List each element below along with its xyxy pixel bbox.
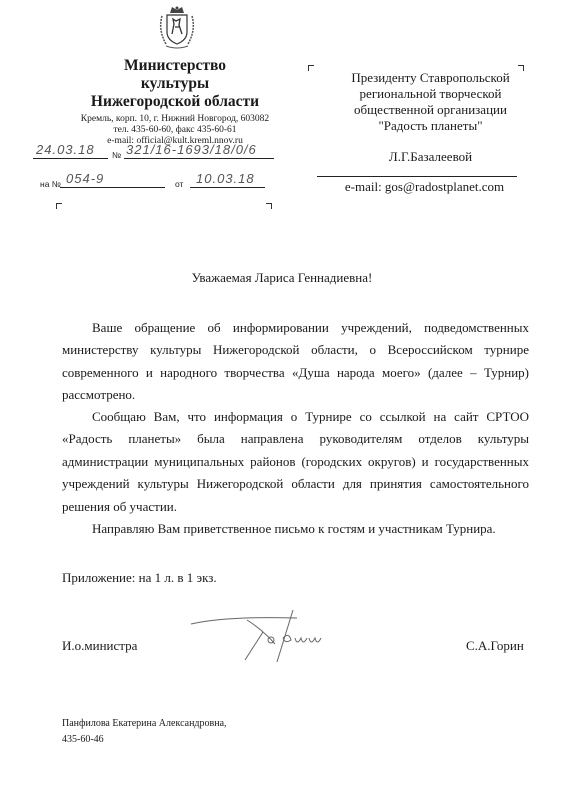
addressee-email: e-mail: gos@radostplanet.com [312, 179, 537, 195]
addressee-line-2: региональной творческой [318, 86, 543, 102]
attachment-note: Приложение: на 1 л. в 1 экз. [62, 570, 217, 586]
handwritten-signature [185, 610, 335, 665]
addressee-name: Л.Г.Базалеевой [318, 149, 543, 165]
ministry-name-line-1: Министерство [40, 56, 310, 75]
ref-date-field: 10.03.18 [190, 173, 265, 188]
coat-of-arms-icon [154, 4, 200, 50]
ref-date: 10.03.18 [196, 171, 255, 186]
ministry-phone: тел. 435-60-60, факс 435-60-61 [40, 125, 310, 136]
outgoing-number-field: 321/16-1693/18/0/6 [124, 144, 274, 159]
body-paragraph-2: Сообщаю Вам, что информация о Турнире со… [62, 406, 529, 518]
greeting: Уважаемая Лариса Геннадиевна! [0, 270, 564, 286]
ref-number: 054-9 [66, 171, 104, 186]
outgoing-date: 24.03.18 [36, 142, 95, 157]
executor-phone: 435-60-46 [62, 732, 104, 748]
ministry-address: Кремль, корп. 10, г. Нижний Новгород, 60… [40, 114, 310, 125]
corner-mark [266, 203, 272, 209]
ministry-name-line-2: культуры [40, 74, 310, 93]
ministry-name-line-3: Нижегородской области [40, 92, 310, 111]
corner-mark [308, 65, 314, 71]
signatory-position: И.о.министра [62, 638, 137, 654]
addressee-line-4: "Радость планеты" [318, 118, 543, 134]
outgoing-date-field: 24.03.18 [33, 144, 108, 159]
body-paragraph-1: Ваше обращение об информировании учрежде… [62, 317, 529, 407]
body-paragraph-3: Направляю Вам приветственное письмо к го… [62, 518, 529, 540]
addressee-line-1: Президенту Ставропольской [318, 70, 543, 86]
ref-date-label: от [175, 179, 183, 189]
ref-number-label: на № [40, 179, 61, 189]
executor-name: Панфилова Екатерина Александровна, [62, 716, 227, 732]
addressee-divider [317, 176, 517, 177]
addressee-line-3: общественной организации [318, 102, 543, 118]
ref-number-field: 054-9 [60, 173, 165, 188]
number-label: № [112, 150, 121, 160]
signatory-name: С.А.Горин [466, 638, 524, 654]
corner-mark [56, 203, 62, 209]
outgoing-number: 321/16-1693/18/0/6 [126, 142, 257, 157]
